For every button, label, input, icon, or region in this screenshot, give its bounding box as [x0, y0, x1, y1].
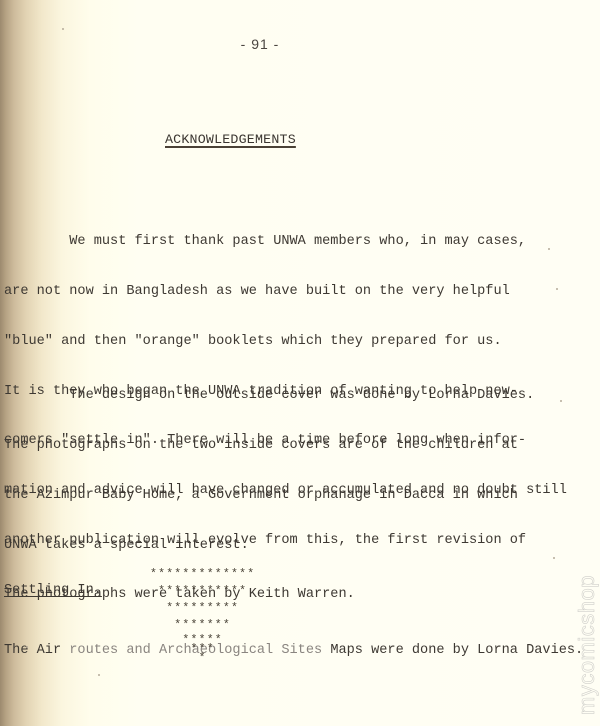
paper-speck [556, 288, 558, 290]
ornament-row: *********** [150, 583, 350, 600]
ornament-row: ************* [150, 566, 350, 583]
maps-credit-prefix: The Air [4, 643, 69, 658]
paper-speck [26, 646, 28, 648]
page-number: - 91 - [230, 36, 290, 52]
text-line: The design on the outside cover was done… [4, 388, 594, 405]
paper-speck [548, 248, 550, 250]
ornament-row: * [150, 654, 350, 663]
paper-speck [62, 28, 64, 30]
text-line: We must first thank past UNWA members wh… [4, 234, 594, 251]
text-line: the Azimpur Baby Home, a Government orph… [4, 488, 594, 505]
paper-speck [98, 674, 100, 676]
ornament-row: ******* [150, 617, 350, 634]
text-line: UNWA takes a special interest. [4, 538, 594, 555]
asterisk-ornament: ************* *********** ********* ****… [150, 566, 350, 663]
text-line: are not now in Bangladesh as we have bui… [4, 284, 594, 301]
paper-speck [553, 557, 555, 559]
paper-speck [560, 400, 562, 402]
text-line: The photographs on the two inside covers… [4, 438, 594, 455]
watermark: mycomicshop [574, 575, 600, 715]
text-line: "blue" and then "orange" booklets which … [4, 334, 594, 351]
ornament-row: ********* [150, 600, 350, 617]
page-heading: ACKNOWLEDGEMENTS [165, 132, 296, 147]
maps-credit-suffix: Maps were done by Lorna Davies. [322, 643, 583, 658]
